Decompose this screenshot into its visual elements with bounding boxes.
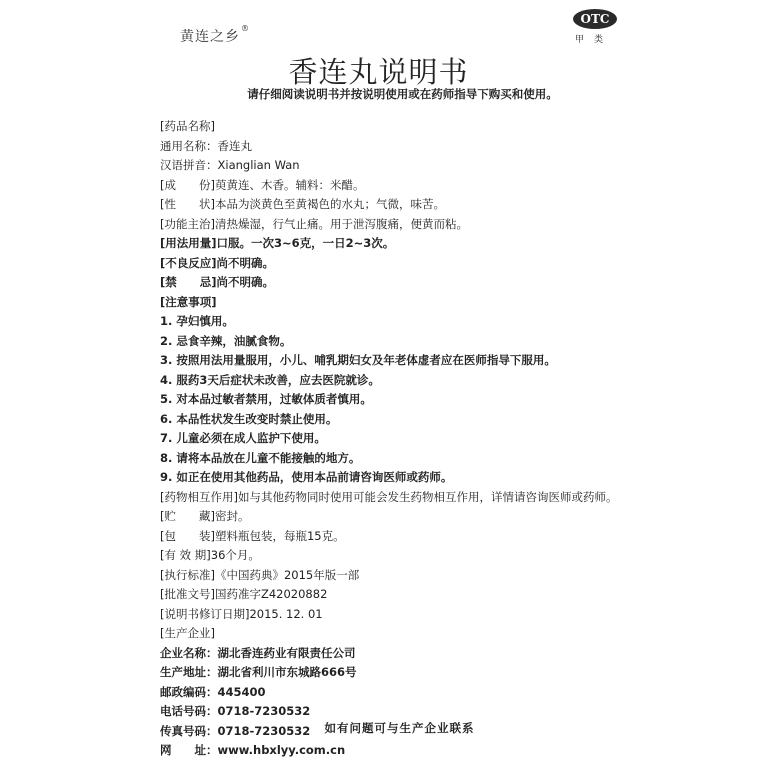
otc-badge-icon: OTC [573, 9, 617, 29]
indications: [功能主治]清热燥湿，行气止痛。用于泄泻腹痛，便黄而粘。 [160, 215, 617, 235]
dosage: [用法用量]口服。一次3~6克，一日2~3次。 [160, 234, 617, 254]
page-title: 香连丸说明书 [0, 50, 757, 91]
page-subtitle: 请仔细阅读说明书并按说明使用或在药师指导下购买和使用。 [0, 86, 757, 102]
leaflet-body: [药品名称] 通用名称：香连丸 汉语拼音：Xianglian Wan [成 份]… [160, 117, 617, 757]
precaution-item: 7. 儿童必须在成人监护下使用。 [160, 429, 617, 449]
adverse-reactions: [不良反应]尚不明确。 [160, 254, 617, 274]
precaution-item: 1. 孕妇慎用。 [160, 312, 617, 332]
storage: [贮 藏]密封。 [160, 507, 617, 527]
footer-contact-note: 如有问题可与生产企业联系 [0, 720, 757, 736]
standard: [执行标准]《中国药典》2015年版一部 [160, 566, 617, 586]
validity: [有 效 期]36个月。 [160, 546, 617, 566]
precaution-item: 8. 请将本品放在儿童不能接触的地方。 [160, 449, 617, 469]
otc-class-label: 甲类 [575, 32, 613, 45]
manufacturer-website: 网 址：www.hbxlyy.com.cn [160, 741, 617, 757]
package: [包 装]塑料瓶包装，每瓶15克。 [160, 527, 617, 547]
manufacturer-phone: 电话号码：0718-7230532 [160, 702, 617, 722]
interactions: [药物相互作用]如与其他药物同时使用可能会发生药物相互作用，详情请咨询医师或药师… [160, 488, 617, 508]
brand-logo: 黄连之乡® [180, 26, 250, 46]
description: [性 状]本品为淡黄色至黄褐色的水丸；气微，味苦。 [160, 195, 617, 215]
precaution-item: 2. 忌食辛辣，油腻食物。 [160, 332, 617, 352]
ingredients: [成 份]萸黄连、木香。辅料：米醋。 [160, 176, 617, 196]
revision-date: [说明书修订日期]2015. 12. 01 [160, 605, 617, 625]
precautions-header: [注意事项] [160, 293, 617, 313]
manufacturer-name: 企业名称：湖北香连药业有限责任公司 [160, 644, 617, 664]
generic-name: 通用名称：香连丸 [160, 137, 617, 157]
manufacturer-header: [生产企业] [160, 624, 617, 644]
drug-name-header: [药品名称] [160, 117, 617, 137]
precaution-item: 3. 按照用法用量服用，小儿、哺乳期妇女及年老体虚者应在医师指导下服用。 [160, 351, 617, 371]
manufacturer-address: 生产地址：湖北省利川市东城路666号 [160, 663, 617, 683]
contraindications: [禁 忌]尚不明确。 [160, 273, 617, 293]
registered-mark: ® [241, 24, 250, 33]
precaution-item: 9. 如正在使用其他药品，使用本品前请咨询医师或药师。 [160, 468, 617, 488]
precaution-item: 6. 本品性状发生改变时禁止使用。 [160, 410, 617, 430]
manufacturer-postcode: 邮政编码：445400 [160, 683, 617, 703]
precaution-item: 4. 服药3天后症状未改善，应去医院就诊。 [160, 371, 617, 391]
pinyin-name: 汉语拼音：Xianglian Wan [160, 156, 617, 176]
approval-number: [批准文号]国药准字Z42020882 [160, 585, 617, 605]
brand-name: 黄连之乡 [180, 29, 240, 45]
precaution-item: 5. 对本品过敏者禁用，过敏体质者慎用。 [160, 390, 617, 410]
